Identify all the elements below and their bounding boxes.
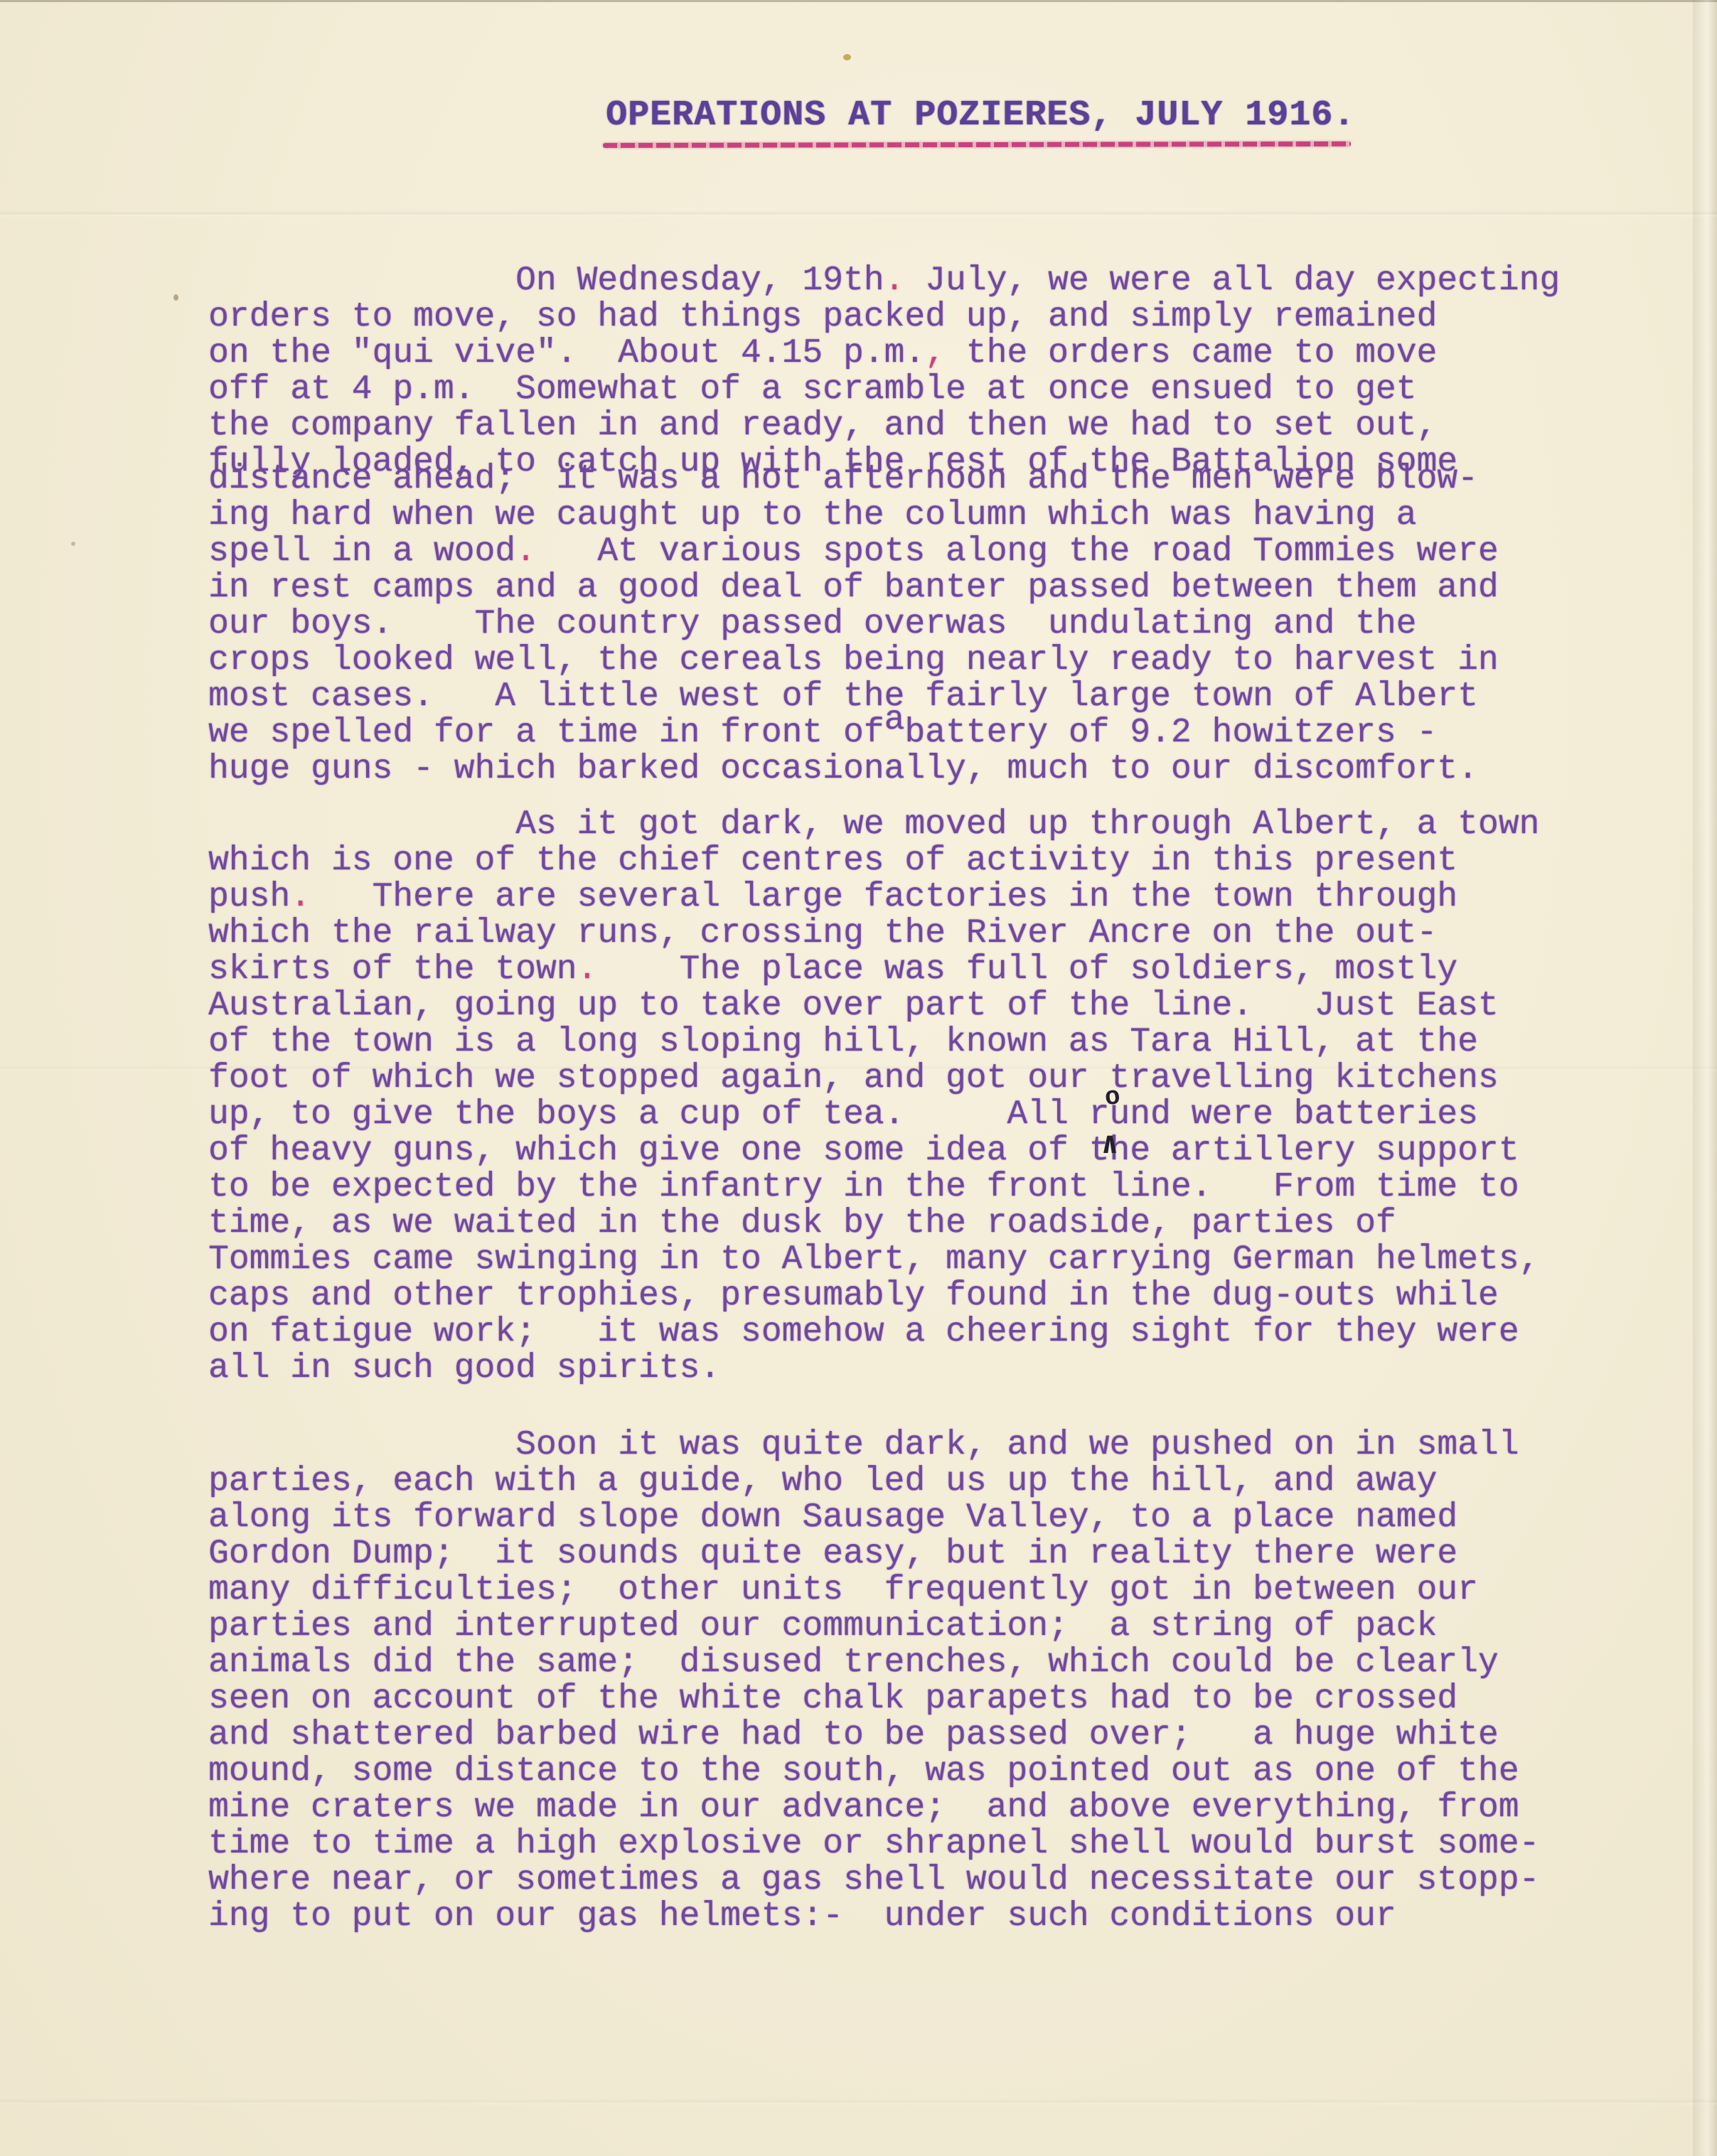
paper-speck	[71, 542, 75, 546]
document-line: ing to put on our gas helmets:- under su…	[208, 1899, 1616, 1935]
document-line: Soon it was quite dark, and we pushed on…	[208, 1427, 1616, 1464]
red-ink-mark: ,	[925, 334, 946, 372]
document-line: Gordon Dump; it sounds quite easy, but i…	[208, 1536, 1616, 1572]
red-ink-mark: .	[515, 532, 536, 571]
paragraph: Soon it was quite dark, and we pushed on…	[208, 1427, 1616, 1935]
document-line: of heavy guns, which give one some idea …	[208, 1133, 1616, 1169]
document-line: which is one of the chief centres of act…	[208, 843, 1616, 879]
document-line: the company fallen in and ready, and the…	[208, 408, 1616, 444]
document-line: off at 4 p.m. Somewhat of a scramble at …	[208, 372, 1616, 408]
paper-crease	[0, 210, 1717, 218]
document-line: Tommies came swinging in to Albert, many…	[208, 1242, 1616, 1278]
paper-right-edge	[1693, 0, 1717, 2156]
document-line: mine craters we made in our advance; and…	[208, 1790, 1616, 1826]
document-line: push. There are several large factories …	[208, 879, 1616, 916]
document-line: parties, each with a guide, who led us u…	[208, 1464, 1616, 1500]
document-line: As it got dark, we moved up through Albe…	[208, 807, 1616, 843]
document-line: orders to move, so had things packed up,…	[208, 299, 1616, 336]
red-ink-mark: .	[577, 950, 597, 989]
document-body: On Wednesday, 19th. July, we were all da…	[208, 263, 1616, 1935]
document-line: ing hard when we caught up to the column…	[208, 498, 1616, 534]
paper-top-edge	[0, 0, 1717, 2]
document-line: caps and other trophies, presumably foun…	[208, 1278, 1616, 1314]
paper-crease	[0, 2098, 1717, 2106]
document-line: foot of which we stopped again, and got …	[208, 1061, 1616, 1097]
document-line: crops looked well, the cereals being nea…	[208, 643, 1616, 679]
title-block: OPERATIONS AT POZIERES, JULY 1916.	[606, 95, 1355, 136]
document-line: our boys. The country passed overwas und…	[208, 606, 1616, 643]
document-line: we spelled for a time in front ofabatter…	[208, 715, 1616, 751]
document-line: up, to give the boys a cup of tea. All r…	[208, 1097, 1616, 1133]
red-ink-mark: .	[884, 262, 905, 300]
document-line: skirts of the town. The place was full o…	[208, 952, 1616, 988]
document-line: all in such good spirits.	[208, 1351, 1616, 1387]
document-line: most cases. A little west of the fairly …	[208, 679, 1616, 715]
document-line: time to time a high explosive or shrapne…	[208, 1826, 1616, 1862]
document-line: huge guns - which barked occasionally, m…	[208, 751, 1616, 788]
document-line: parties and interrupted our communicatio…	[208, 1609, 1616, 1645]
document-line: animals did the same; disused trenches, …	[208, 1645, 1616, 1681]
typed-superscript: a	[884, 702, 905, 739]
red-ink-mark: .	[290, 878, 311, 916]
paper-speck	[843, 54, 851, 60]
document-line: of the town is a long sloping hill, know…	[208, 1024, 1616, 1061]
paragraph: As it got dark, we moved up through Albe…	[208, 807, 1616, 1387]
page-title: OPERATIONS AT POZIERES, JULY 1916.	[606, 95, 1355, 136]
document-line: distance ahead; it was a hot afternoon a…	[208, 461, 1616, 498]
insertion-caret: ∧	[1101, 1127, 1118, 1164]
document-line: on the "qui vive". About 4.15 p.m., the …	[208, 336, 1616, 372]
document-line: many difficulties; other units frequentl…	[208, 1572, 1616, 1609]
document-line: and shattered barbed wire had to be pass…	[208, 1717, 1616, 1754]
title-underline	[603, 141, 1351, 148]
document-line: seen on account of the white chalk parap…	[208, 1681, 1616, 1717]
document-line: where near, or sometimes a gas shell wou…	[208, 1862, 1616, 1899]
document-line: time, as we waited in the dusk by the ro…	[208, 1206, 1616, 1242]
document-line: Australian, going up to take over part o…	[208, 988, 1616, 1024]
paper-speck	[173, 294, 178, 301]
paragraph: On Wednesday, 19th. July, we were all da…	[208, 263, 1616, 788]
document-line: which the railway runs, crossing the Riv…	[208, 916, 1616, 952]
document-line: mound, some distance to the south, was p…	[208, 1754, 1616, 1790]
document-line: along its forward slope down Sausage Val…	[208, 1500, 1616, 1536]
document-line: On Wednesday, 19th. July, we were all da…	[208, 263, 1616, 299]
document-line: to be expected by the infantry in the fr…	[208, 1169, 1616, 1206]
document-line: spell in a wood. At various spots along …	[208, 534, 1616, 570]
document-line: in rest camps and a good deal of banter …	[208, 570, 1616, 606]
document-page: OPERATIONS AT POZIERES, JULY 1916. On We…	[0, 0, 1717, 2156]
document-line: on fatigue work; it was somehow a cheeri…	[208, 1314, 1616, 1351]
